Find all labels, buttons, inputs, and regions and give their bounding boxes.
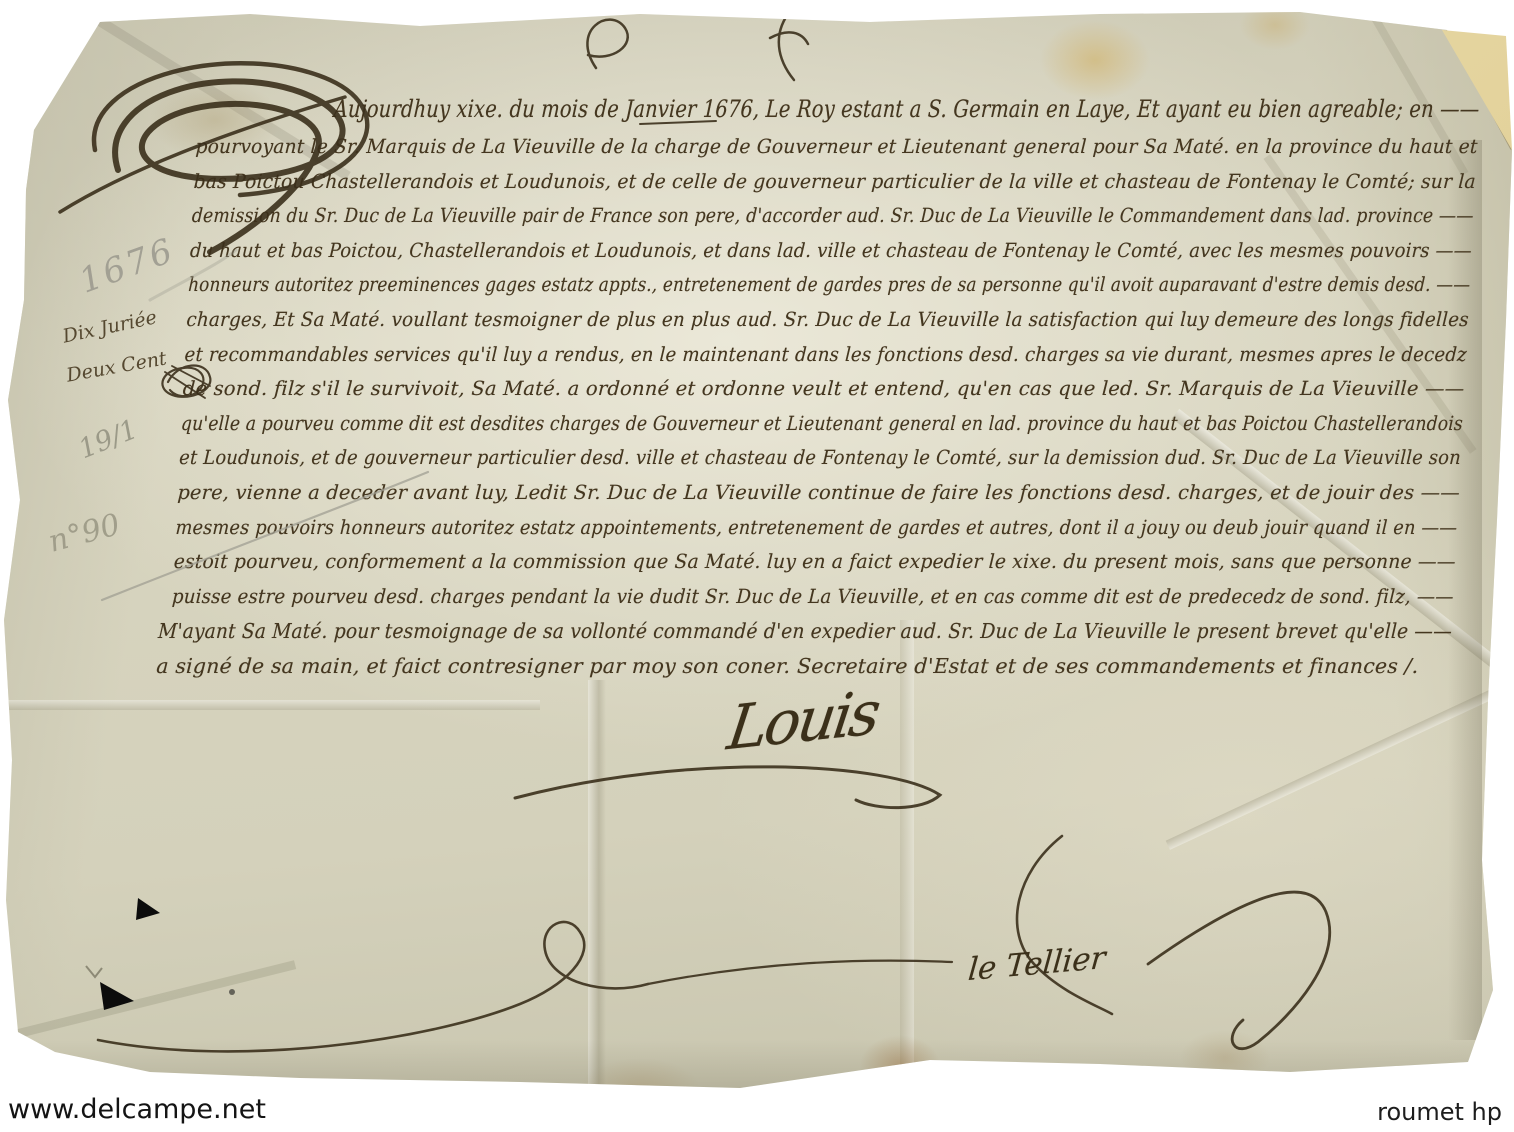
parchment-speck — [229, 989, 235, 995]
royal-signature-louis: Louis — [723, 677, 882, 764]
manuscript-line: honneurs autoritez preeminences gages es… — [187, 268, 1290, 303]
ink-annotation-note: Deux Cent — [65, 347, 168, 386]
secretary-flourish-connector — [648, 961, 952, 984]
manuscript-line: puisse estre pourveu desd. charges penda… — [171, 580, 1368, 615]
manuscript-line: estoit pourveu, conformement a la commis… — [173, 545, 1404, 580]
watermark-delcampe: www.delcampe.net — [8, 1094, 266, 1125]
right-edge-shadow — [1448, 140, 1482, 1040]
manuscript-line: et recommandables services qu'il luy a r… — [184, 338, 1376, 373]
manuscript-line: du haut et bas Poictou, Chastellerandois… — [189, 234, 1370, 269]
manuscript-line: charges, Et Sa Maté. voullant tesmoigner… — [186, 303, 1395, 338]
paraph-cross — [779, 14, 794, 80]
manuscript-line: et Loudunois, et de gouverneur particuli… — [178, 441, 1359, 476]
stain-spot — [1040, 20, 1150, 100]
royal-signature-underline — [515, 767, 940, 808]
secretary-paraph-right — [1148, 892, 1330, 1049]
scanned-document-page: Aujourdhuy xixe. du mois de Janvier 1676… — [0, 0, 1514, 1132]
manuscript-line: M'ayant Sa Maté. pour tesmoignage de sa … — [157, 614, 1335, 649]
stain-spot — [860, 1035, 940, 1095]
parchment-hole — [136, 898, 160, 920]
pencil-annotation-number: n°90 — [45, 507, 124, 560]
manuscript-line: bas Poictou Chastellerandois et Loudunoi… — [193, 165, 1424, 200]
ink-annotation-note: Dix Juriée — [61, 306, 159, 347]
pencil-annotation-year: 1676 — [74, 230, 180, 301]
manuscript-line: a signé de sa main, et faict contresigne… — [155, 649, 1451, 684]
manuscript-line: de sond. filz s'il le survivoit, Sa Maté… — [182, 372, 1466, 407]
manuscript-line: Aujourdhuy xixe. du mois de Janvier 1676… — [196, 88, 1238, 130]
manuscript-body: Aujourdhuy xixe. du mois de Janvier 1676… — [167, 88, 1480, 684]
manuscript-line: qu'elle a pourveu comme dit est desdites… — [180, 407, 1309, 442]
diagonal-crease — [0, 960, 296, 1049]
stain-spot — [580, 1058, 700, 1118]
secretary-signature-le-tellier: le Tellier — [967, 940, 1107, 988]
manuscript-line: pourvoyant le Sr. Marquis de La Vieuvill… — [195, 130, 1423, 165]
diagonal-crease — [1166, 680, 1514, 850]
paraph-squiggle — [587, 20, 627, 68]
vertical-fold-crease — [588, 680, 606, 1092]
margin-scribble-hatch — [165, 366, 210, 398]
margin-scribble-blob — [162, 366, 210, 397]
watermark-roumet: roumet hp — [1377, 1098, 1502, 1126]
parchment-sheet: Aujourdhuy xixe. du mois de Janvier 1676… — [0, 0, 1514, 1132]
secretary-flourish-left — [98, 922, 648, 1051]
stain-spot — [1180, 1030, 1270, 1085]
diagonal-crease — [1263, 154, 1476, 453]
diagonal-crease — [0, 0, 351, 181]
manuscript-line: pere, vienne a deceder avant luy, Ledit … — [176, 476, 1453, 511]
stain-spot — [150, 80, 280, 160]
manuscript-line: demission du Sr. Duc de La Vieuville pai… — [191, 199, 1322, 234]
pencil-diagonal-stroke — [102, 472, 428, 600]
ink-flourishes-layer — [0, 0, 1514, 1132]
parchment-hole — [100, 982, 134, 1010]
bottom-edge-shadow — [0, 1040, 1500, 1090]
pencil-swoosh — [150, 250, 236, 300]
paraph-cross-bar — [770, 32, 808, 44]
diagonal-crease — [1172, 409, 1514, 683]
year-underline — [640, 121, 716, 124]
manuscript-line: mesmes pouvoirs honneurs autoritez estat… — [175, 511, 1342, 546]
secretary-tall-swash — [1017, 836, 1112, 1014]
parchment-nick — [86, 966, 102, 977]
diagonal-crease — [1312, 0, 1469, 176]
opening-flourish — [115, 81, 342, 252]
horizontal-crease — [0, 700, 540, 710]
opening-flourish-diagonal — [60, 97, 345, 212]
stain-spot — [1240, 0, 1310, 50]
vertical-fold-crease — [900, 620, 914, 1090]
pencil-annotation-date: 19/1 — [74, 414, 142, 465]
opening-flourish-outer — [94, 63, 367, 195]
